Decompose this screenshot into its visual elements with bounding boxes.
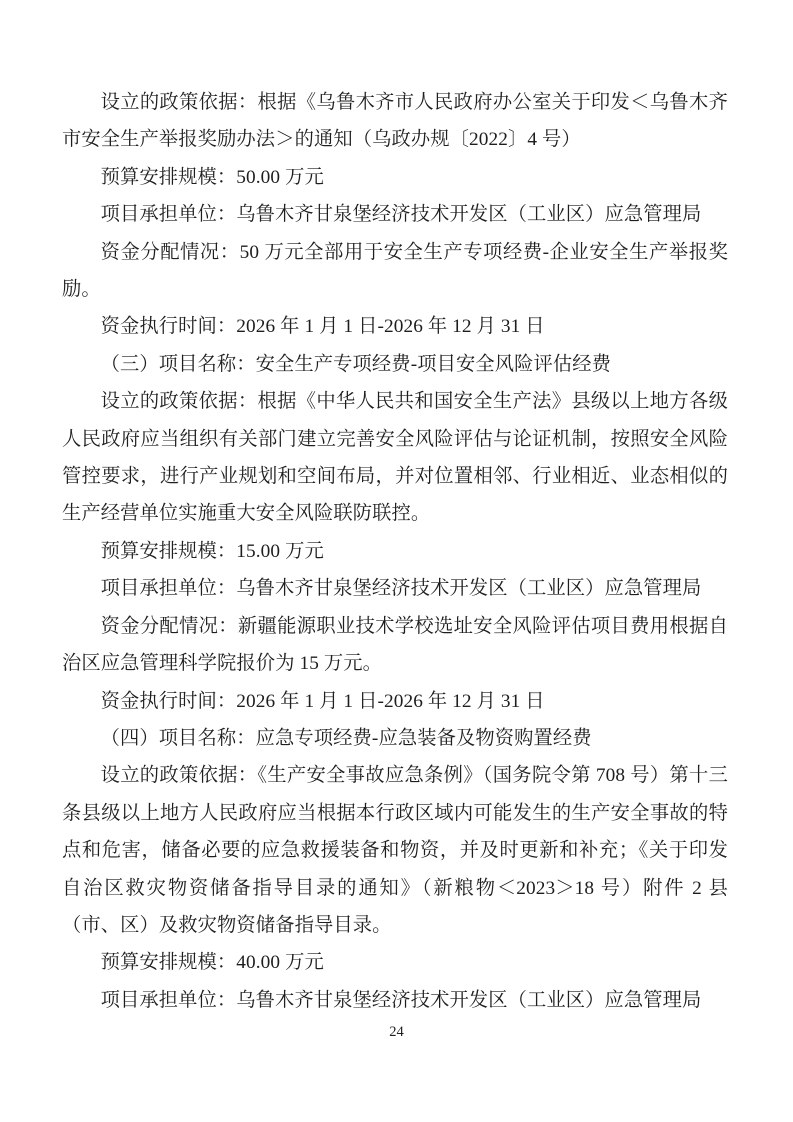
paragraph-budget-scale-project4: 预算安排规模：40.00 万元 xyxy=(62,944,728,981)
paragraph-budget-scale-project2: 预算安排规模：50.00 万元 xyxy=(62,159,728,196)
paragraph-project3-name: （三）项目名称：安全生产专项经费-项目安全风险评估经费 xyxy=(62,346,728,383)
document-page: 设立的政策依据：根据《乌鲁木齐市人民政府办公室关于印发＜乌鲁木齐市安全生产举报奖… xyxy=(0,0,793,1122)
page-number: 24 xyxy=(0,1022,793,1042)
paragraph-execution-time-project3: 资金执行时间：2026 年 1 月 1 日-2026 年 12 月 31 日 xyxy=(62,683,728,720)
paragraph-undertaking-unit-project4: 项目承担单位：乌鲁木齐甘泉堡经济技术开发区（工业区）应急管理局 xyxy=(62,982,728,1019)
paragraph-execution-time-project2: 资金执行时间：2026 年 1 月 1 日-2026 年 12 月 31 日 xyxy=(62,308,728,345)
paragraph-project4-name: （四）项目名称：应急专项经费-应急装备及物资购置经费 xyxy=(62,720,728,757)
paragraph-budget-scale-project3: 预算安排规模：15.00 万元 xyxy=(62,533,728,570)
paragraph-fund-allocation-project3: 资金分配情况：新疆能源职业技术学校选址安全风险评估项目费用根据自治区应急管理科学… xyxy=(62,608,728,683)
paragraph-undertaking-unit-project3: 项目承担单位：乌鲁木齐甘泉堡经济技术开发区（工业区）应急管理局 xyxy=(62,570,728,607)
document-body: 设立的政策依据：根据《乌鲁木齐市人民政府办公室关于印发＜乌鲁木齐市安全生产举报奖… xyxy=(62,84,728,1019)
paragraph-policy-basis-project3: 设立的政策依据：根据《中华人民共和国安全生产法》县级以上地方各级人民政府应当组织… xyxy=(62,383,728,533)
paragraph-policy-basis-project2: 设立的政策依据：根据《乌鲁木齐市人民政府办公室关于印发＜乌鲁木齐市安全生产举报奖… xyxy=(62,84,728,159)
paragraph-fund-allocation-project2: 资金分配情况：50 万元全部用于安全生产专项经费-企业安全生产举报奖励。 xyxy=(62,234,728,309)
paragraph-policy-basis-project4: 设立的政策依据：《生产安全事故应急条例》（国务院令第 708 号）第十三条县级以… xyxy=(62,757,728,944)
paragraph-undertaking-unit-project2: 项目承担单位：乌鲁木齐甘泉堡经济技术开发区（工业区）应急管理局 xyxy=(62,196,728,233)
